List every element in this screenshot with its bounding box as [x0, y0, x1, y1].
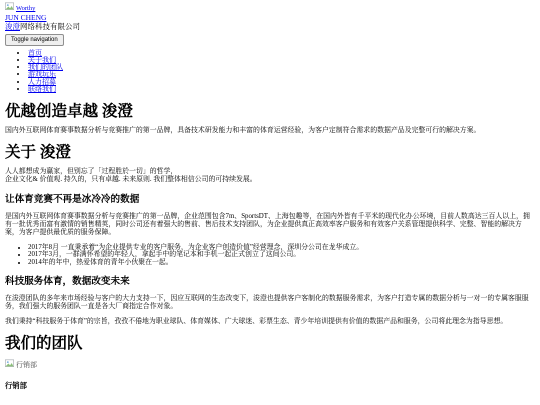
about-line2: 企业文化& 价值观. 持久的，只有卓越. 未来原则. 我们整体相信公司的可持续发…: [5, 176, 257, 183]
hero-subtitle: 国内外互联网体育赛事数据分析与竞赛推广的第一品牌，具备技术研发能力和丰富的体育运…: [5, 127, 535, 135]
logo-row: Worthy: [5, 2, 535, 13]
about-line1: 人人都想成为赢家，但别忘了「过程胜於一切」的哲学，: [5, 168, 177, 175]
logo-link[interactable]: Worthy: [5, 5, 35, 12]
logo-alt-text: Worthy: [16, 5, 35, 12]
brand-en-link[interactable]: JUN CHENG: [5, 13, 46, 22]
tech-section-para2: 我们秉持“科技服务于体育”的宗旨，孜孜不倦地为职业球队、体育媒体、广大球迷、彩票…: [5, 318, 535, 326]
toggle-navigation-button[interactable]: Toggle navigation: [5, 34, 64, 46]
about-paragraph: 人人都想成为赢家，但别忘了「过程胜於一切」的哲学，企业文化& 价值观. 持久的，…: [5, 168, 535, 184]
nav-link-contact[interactable]: 联络我们: [28, 85, 56, 93]
milestone-item-2017-03: 2017年3月，一群满怀希望的年轻人，拿起手中的笔记本和手机一起正式创立了这间公…: [28, 251, 535, 259]
team-title: 我们的团队: [5, 335, 535, 352]
team-image-alt-text: 行销部: [16, 361, 37, 369]
brand-en-row: JUN CHENG: [5, 13, 535, 22]
broken-image-icon: [5, 2, 14, 11]
nav-item-about: 关于我们: [28, 57, 535, 64]
toggle-row: Toggle navigation: [5, 31, 535, 47]
about-title: 关于 浚澄: [5, 144, 535, 161]
tech-section-title: 科技服务体育，数据改变未来: [5, 277, 535, 288]
team-image-row: 行销部: [5, 359, 535, 370]
nav-item-home: 首页: [28, 50, 535, 57]
brand-cn-row: 浚澄网络科技有限公司: [5, 22, 535, 31]
brand-suffix-text: 网络科技有限公司: [20, 22, 80, 31]
tech-section-para1: 在浚澄团队的多年来市场经验与客户的大力支持一下，因应互联网的生态改变下，浚澄也提…: [5, 295, 535, 311]
nav-item-team: 我们的团队: [28, 64, 535, 71]
nav-item-games: 游戏玩乐: [28, 71, 535, 78]
nav-item-recruit: 人力招募: [28, 79, 535, 86]
nav-item-contact: 联络我们: [28, 86, 535, 93]
team-caption: 行销部: [5, 381, 535, 391]
milestone-list: 2017年8月 一直秉承着“为企业提供专业的客户服务，为企业客户创造价值”经营理…: [5, 244, 535, 267]
data-section-title: 让体育竞赛不再是冰冷冷的数据: [5, 195, 535, 206]
data-section-body: 是国内外互联网体育赛事数据分析与竞赛推广的第一品牌，企业范围包含7m、Sport…: [5, 213, 535, 237]
nav-list: 首页 关于我们 我们的团队 游戏玩乐 人力招募 联络我们: [5, 50, 535, 94]
broken-image-icon: [5, 359, 14, 368]
brand-cn-link[interactable]: 浚澄: [5, 22, 20, 31]
hero-title: 优越创造卓越 浚澄: [5, 103, 535, 120]
milestone-item-2014: 2014年的年中，热爱体育的青年小伙聚在一起。: [28, 259, 535, 267]
